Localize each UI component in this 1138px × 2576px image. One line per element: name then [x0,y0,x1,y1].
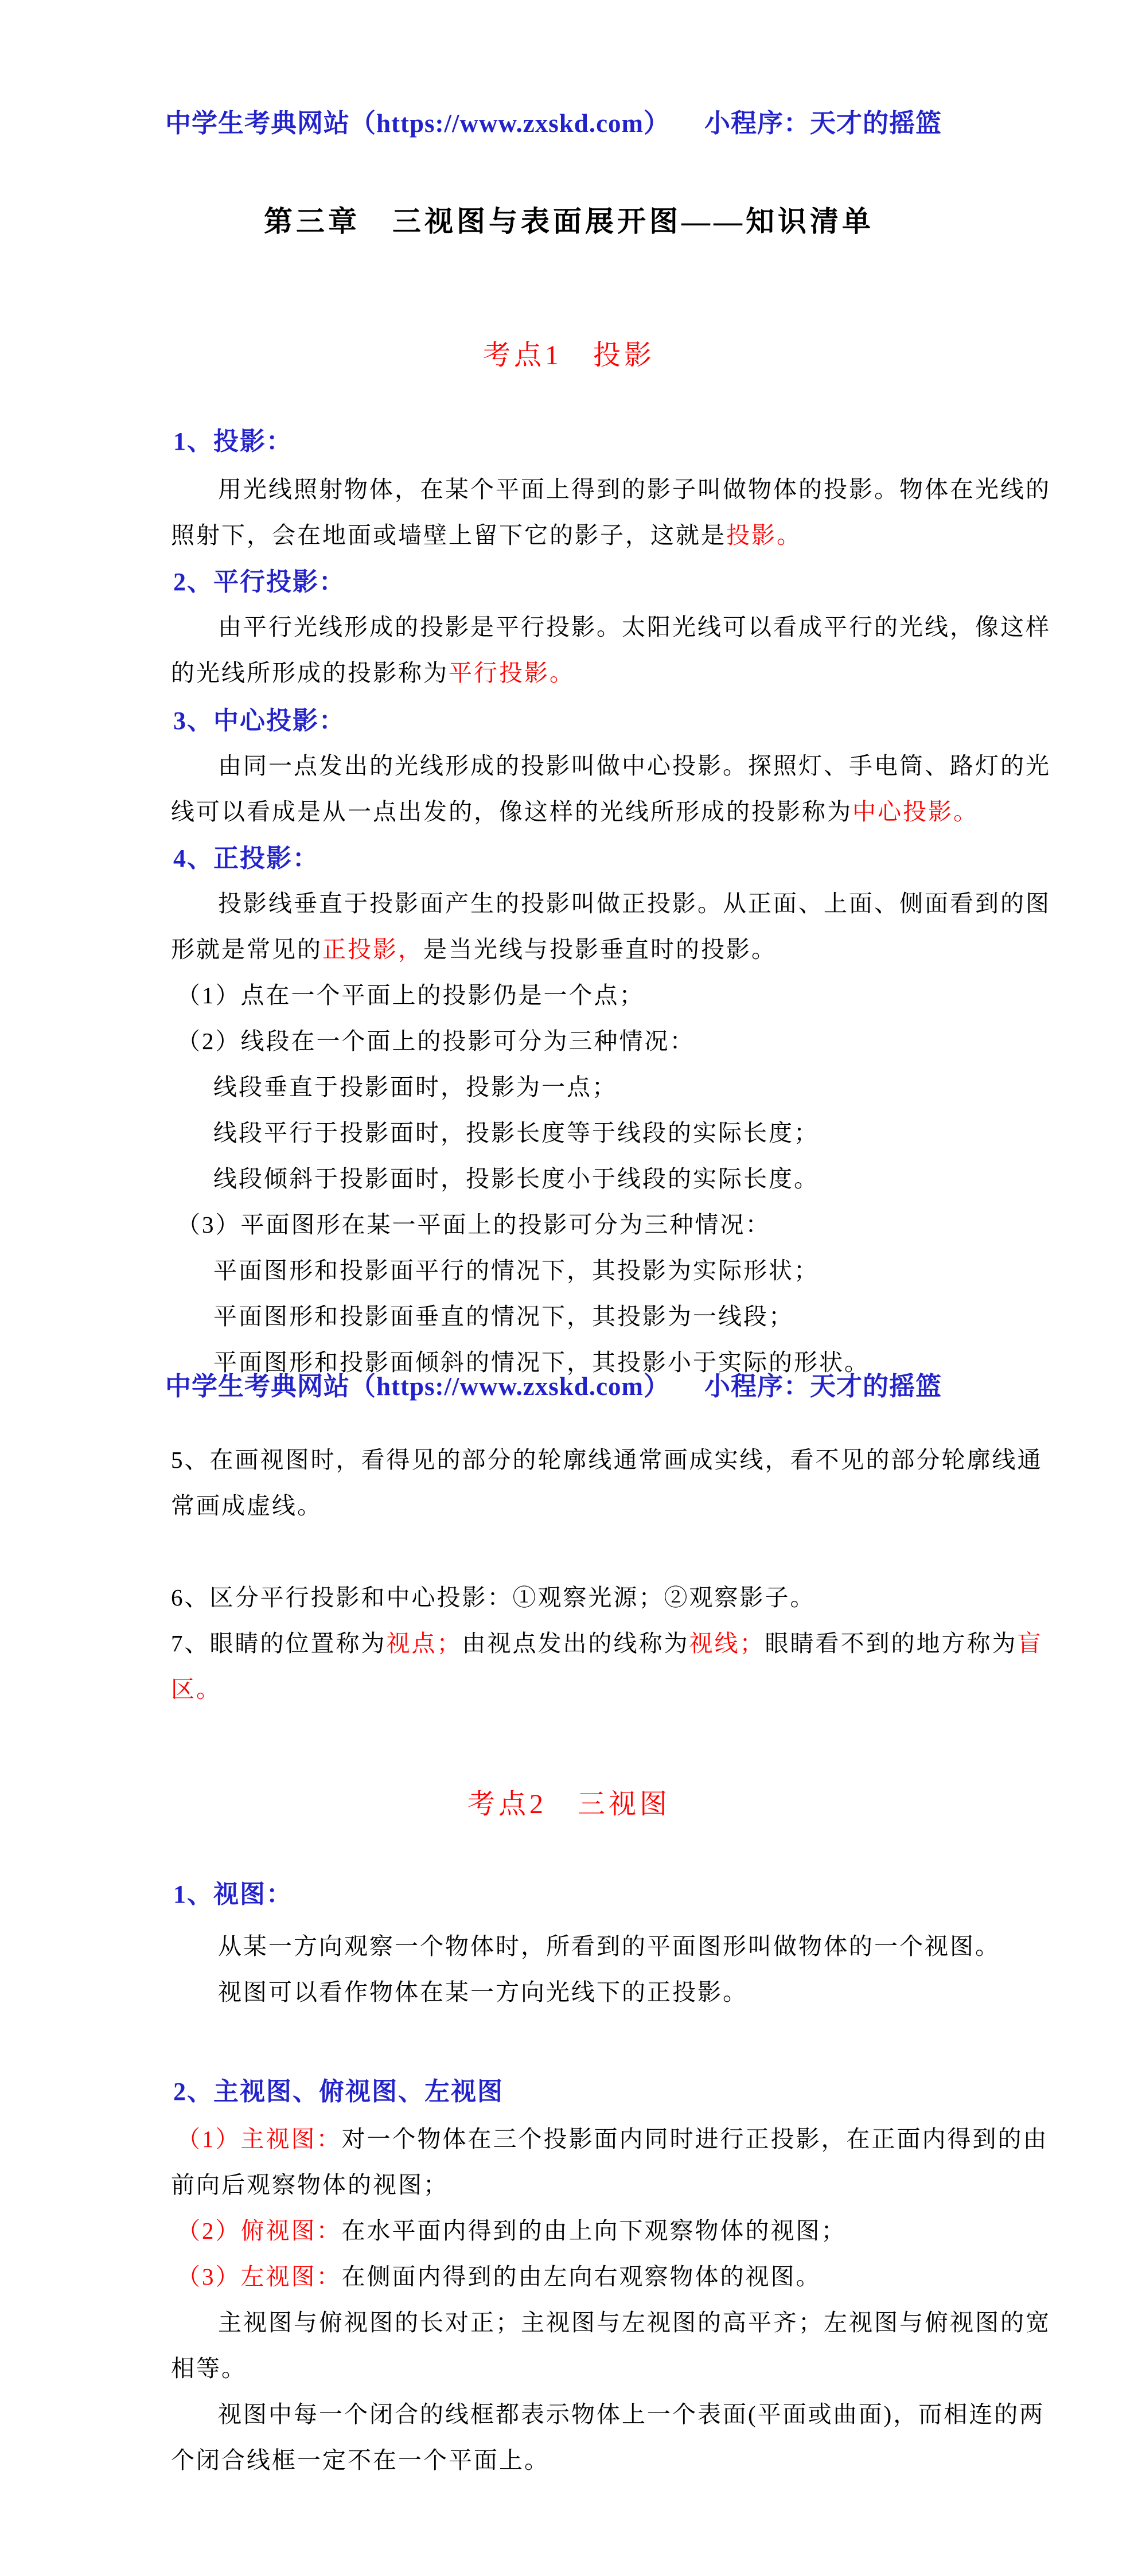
s2-item2-sub1: （1）主视图：对一个物体在三个投影面内同时进行正投影，在正面内得到的由 [177,2126,1049,2153]
s1-item1-line1: 用光线照射物体，在某个平面上得到的影子叫做物体的投影。物体在光线的 [218,476,1051,503]
s1-item7-line2: 区。 [171,1676,221,1703]
s1-item3-line2: 线可以看成是从一点出发的，像这样的光线所形成的投影称为中心投影。 [171,798,979,825]
s2-item1-heading: 1、视图： [173,1880,293,1909]
s2-item2-sub1-cont: 前向后观察物体的视图； [171,2172,449,2199]
s2-item2-sub3-black: 在侧面内得到的由左向右观察物体的视图。 [342,2263,821,2290]
s1-item2-line2-red: 平行投影。 [449,660,575,686]
s2-item2-note2-line1: 视图中每一个闭合的线框都表示物体上一个表面(平面或曲面)，而相连的两 [218,2401,1045,2428]
s2-item1-line2: 视图可以看作物体在某一方向光线下的正投影。 [218,1979,748,2006]
site-banner-url-text: 中学生考典网站（https://www.zxskd.com） [165,109,670,138]
s1-item2-line1: 由平行光线形成的投影是平行投影。太阳光线可以看成平行的光线，像这样 [218,614,1051,641]
s1-item2-line2-black: 的光线所形成的投影称为 [171,660,449,686]
site-banner-url-text: 中学生考典网站（https://www.zxskd.com） [165,1372,670,1401]
s2-item2-note1-line2: 相等。 [171,2355,247,2382]
s1-item3-line2-black: 线可以看成是从一点出发的，像这样的光线所形成的投影称为 [171,798,852,825]
section1-heading: 考点1 投影 [0,340,1138,371]
s2-item2-sub2: （2）俯视图：在水平面内得到的由上向下观察物体的视图； [177,2218,847,2244]
document-page: 中学生考典网站（https://www.zxskd.com）小程序：天才的摇篮 … [0,0,1138,2576]
s2-item2-sub2-red: （2）俯视图： [177,2218,342,2244]
site-banner-page2: 中学生考典网站（https://www.zxskd.com）小程序：天才的摇篮 [165,1372,942,1402]
s1-item4-line2-b: 是当光线与投影垂直时的投影。 [423,936,777,962]
s1-item6-line1: 6、区分平行投影和中心投影：①观察光源；②观察影子。 [171,1584,816,1611]
site-banner-miniprogram-text: 小程序：天才的摇篮 [704,109,942,138]
site-banner: 中学生考典网站（https://www.zxskd.com）小程序：天才的摇篮 [165,109,942,139]
s2-item2-sub2-black: 在水平面内得到的由上向下观察物体的视图； [342,2218,847,2244]
s1-item4-sub1: （1）点在一个平面上的投影仍是一个点； [177,982,645,1009]
s1-item7-seg2: 由视点发出的线称为 [462,1630,689,1657]
s1-item4-line1: 投影线垂直于投影面产生的投影叫做正投影。从正面、上面、侧面看到的图 [218,890,1051,917]
s2-item1-line1: 从某一方向观察一个物体时，所看到的平面图形叫做物体的一个视图。 [218,1933,1000,1960]
s2-item2-note2-line2: 个闭合线框一定不在一个平面上。 [171,2447,549,2474]
s1-item1-heading: 1、投影： [173,427,293,457]
s1-item4-heading: 4、正投影： [173,844,319,874]
s1-item7-red3: 盲 [1018,1630,1043,1657]
s1-item4-line2: 形就是常见的正投影，是当光线与投影垂直时的投影。 [171,936,777,963]
s1-item7-red1: 视点； [387,1630,462,1657]
s1-item4-sub3-a: 平面图形和投影面平行的情况下，其投影为实际形状； [213,1257,819,1284]
s1-item5-line2: 常画成虚线。 [171,1492,322,1519]
chapter-title: 第三章 三视图与表面展开图——知识清单 [0,205,1138,239]
s1-item3-heading: 3、中心投影： [173,707,345,736]
s1-item4-sub3: （3）平面图形在某一平面上的投影可分为三种情况： [177,1211,771,1238]
section2-heading: 考点2 三视图 [0,1788,1138,1820]
s1-item2-heading: 2、平行投影： [173,568,345,597]
s1-item4-sub2-b: 线段平行于投影面时，投影长度等于线段的实际长度； [213,1120,819,1147]
s1-item7-line1: 7、眼睛的位置称为视点；由视点发出的线称为视线；眼睛看不到的地方称为盲 [171,1630,1043,1657]
s1-item2-line2: 的光线所形成的投影称为平行投影。 [171,660,575,687]
s1-item1-line2: 照射下，会在地面或墙壁上留下它的影子，这就是投影。 [171,522,802,549]
s1-item4-line2-a: 形就是常见的 [171,936,322,962]
s1-item7-seg1: 7、眼睛的位置称为 [171,1630,387,1657]
s2-item2-sub3: （3）左视图：在侧面内得到的由左向右观察物体的视图。 [177,2263,821,2290]
s1-item7-seg3: 眼睛看不到的地方称为 [765,1630,1018,1657]
s1-item1-line2-red: 投影。 [726,522,802,548]
s1-item7-red2: 视线； [689,1630,765,1657]
s2-item2-heading: 2、主视图、俯视图、左视图 [173,2078,504,2107]
s1-item1-line2-black: 照射下，会在地面或墙壁上留下它的影子，这就是 [171,522,726,548]
s1-item5-line1: 5、在画视图时，看得见的部分的轮廓线通常画成实线，看不见的部分轮廓线通 [171,1447,1043,1474]
s2-item2-sub1-red: （1）主视图： [177,2126,342,2152]
site-banner-miniprogram-text: 小程序：天才的摇篮 [704,1372,942,1401]
s1-item4-sub2: （2）线段在一个面上的投影可分为三种情况： [177,1028,695,1055]
s1-item4-sub3-b: 平面图形和投影面垂直的情况下，其投影为一线段； [213,1303,794,1330]
s1-item4-sub2-a: 线段垂直于投影面时，投影为一点； [213,1074,617,1101]
s2-item2-sub3-red: （3）左视图： [177,2263,342,2290]
s2-item2-note1-line1: 主视图与俯视图的长对正；主视图与左视图的高平齐；左视图与俯视图的宽 [218,2309,1051,2336]
s1-item4-line2-red: 正投影， [322,936,423,962]
s1-item3-line2-red: 中心投影。 [852,798,979,825]
s1-item3-line1: 由同一点发出的光线形成的投影叫做中心投影。探照灯、手电筒、路灯的光 [218,753,1051,780]
s2-item2-sub1-black: 对一个物体在三个投影面内同时进行正投影，在正面内得到的由 [342,2126,1049,2152]
s1-item4-sub2-c: 线段倾斜于投影面时，投影长度小于线段的实际长度。 [213,1166,819,1192]
